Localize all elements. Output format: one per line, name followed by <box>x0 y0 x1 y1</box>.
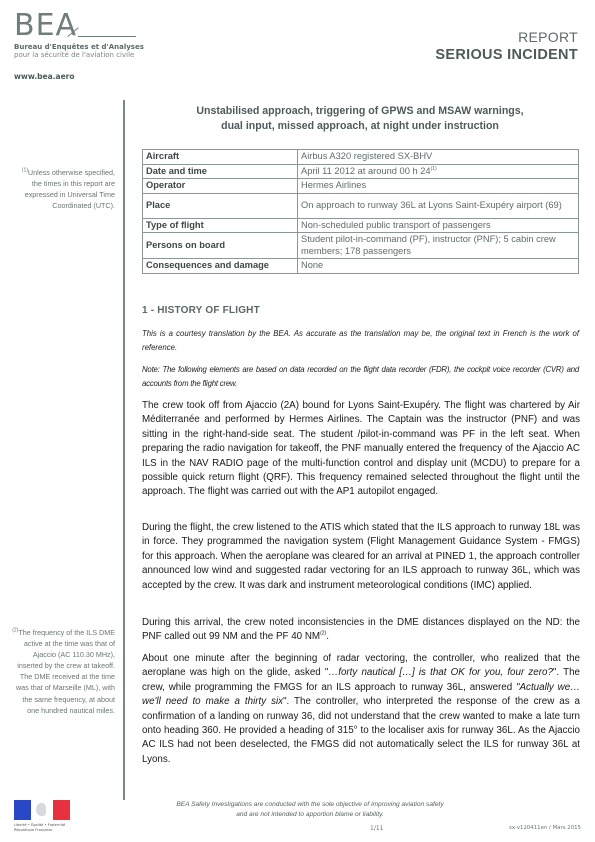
paragraph-1: The crew took off from Ajaccio (2A) boun… <box>142 399 580 500</box>
org-name-line1: Bureau d'Enquêtes et d'Analyses <box>14 43 144 51</box>
bea-logo-mark: BEA <box>14 12 144 40</box>
row-key: Operator <box>143 179 298 194</box>
rf-name: République Française <box>14 828 52 832</box>
document-title: Unstabilised approach, triggering of GPW… <box>145 104 575 133</box>
row-key: Place <box>143 193 298 218</box>
row-value: April 11 2012 at around 00 h 24(1) <box>298 164 579 179</box>
row-key: Aircraft <box>143 150 298 165</box>
disclaimer-line-2: and are not intended to apportion blame … <box>145 810 475 820</box>
table-row: Consequences and damage None <box>143 259 579 274</box>
section-heading: 1 - HISTORY OF FLIGHT <box>142 305 260 316</box>
flag-blue-band <box>14 800 31 820</box>
translation-note: This is a courtesy translation by the BE… <box>142 327 579 355</box>
bea-logo: BEA Bureau d'Enquêtes et d'Analyses pour… <box>14 12 144 59</box>
row-value: Airbus A320 registered SX-BHV <box>298 150 579 165</box>
row-value: Hermes Airlines <box>298 179 579 194</box>
date-time-value: April 11 2012 at around 00 h 24 <box>301 166 431 176</box>
report-type: SERIOUS INCIDENT <box>435 47 578 63</box>
row-value: Student pilot-in-command (PF), instructo… <box>298 233 579 259</box>
paragraph-2: During the flight, the crew listened to … <box>142 521 580 593</box>
table-row: Persons on board Student pilot-in-comman… <box>143 233 579 259</box>
table-row: Operator Hermes Airlines <box>143 179 579 194</box>
document-reference: sx-v120411en / Mars 2015 <box>509 825 581 831</box>
row-value: None <box>298 259 579 274</box>
logo-swoosh-icon <box>78 36 136 37</box>
paragraph-3-end: . <box>326 631 329 642</box>
margin-divider <box>123 100 125 800</box>
row-key: Type of flight <box>143 218 298 233</box>
controller-quote: …forty nautical […] is that OK for you, … <box>328 667 552 678</box>
table-row: Date and time April 11 2012 at around 00… <box>143 164 579 179</box>
paragraph-3: During this arrival, the crew noted inco… <box>142 616 580 645</box>
table-row: Aircraft Airbus A320 registered SX-BHV <box>143 150 579 165</box>
margin-footnote-2: (2)The frequency of the ILS DME active a… <box>10 627 115 716</box>
rf-motto: Liberté • Égalité • Fraternité <box>14 823 65 827</box>
row-key: Date and time <box>143 164 298 179</box>
marianne-icon <box>31 800 53 820</box>
margin-footnote-1: (1)Unless otherwise specified, the times… <box>10 167 115 211</box>
org-name-line2: pour la sécurité de l'aviation civile <box>14 51 144 59</box>
row-key: Persons on board <box>143 233 298 259</box>
title-line-2: dual input, missed approach, at night un… <box>145 119 575 134</box>
page-number: 1/11 <box>370 825 383 832</box>
row-value: On approach to runway 36L at Lyons Saint… <box>298 193 579 218</box>
footnote-text: The frequency of the ILS DME active at t… <box>16 628 115 715</box>
data-source-note: Note: The following elements are based o… <box>142 363 579 391</box>
footnote-text: Unless otherwise specified, the times in… <box>25 168 115 210</box>
footnote-ref[interactable]: (1) <box>431 165 437 171</box>
table-row: Type of flight Non-scheduled public tran… <box>143 218 579 233</box>
paragraph-4: About one minute after the beginning of … <box>142 652 580 767</box>
incident-info-table: Aircraft Airbus A320 registered SX-BHV D… <box>142 149 579 274</box>
safety-disclaimer: BEA Safety Investigations are conducted … <box>145 800 475 820</box>
flag-red-band <box>53 800 70 820</box>
report-label: REPORT <box>518 29 578 45</box>
disclaimer-line-1: BEA Safety Investigations are conducted … <box>145 800 475 810</box>
title-line-1: Unstabilised approach, triggering of GPW… <box>145 104 575 119</box>
row-key: Consequences and damage <box>143 259 298 274</box>
paragraph-3-text: During this arrival, the crew noted inco… <box>142 617 580 642</box>
row-value: Non-scheduled public transport of passen… <box>298 218 579 233</box>
website-link[interactable]: www.bea.aero <box>14 72 75 81</box>
republique-francaise-flag-icon <box>14 800 70 820</box>
table-row: Place On approach to runway 36L at Lyons… <box>143 193 579 218</box>
